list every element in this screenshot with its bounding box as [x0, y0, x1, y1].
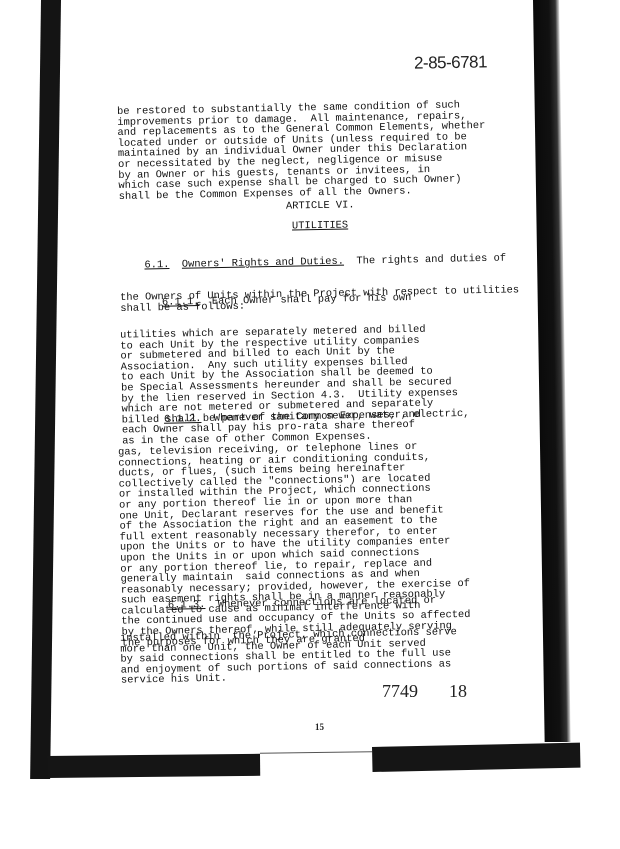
section-first-line: 6.1.3. Whenever connections are located …: [155, 595, 456, 611]
scan-border-left: [30, 0, 61, 779]
section-title: Owners' Rights and Duties.: [182, 256, 344, 271]
document-number: 2-85-6781: [414, 52, 487, 73]
article-title: UTILITIES: [292, 220, 348, 233]
section-first-line: 6.1.2. Whenever sanitary sewer, water, e…: [151, 409, 469, 426]
page-number: 15: [315, 722, 324, 732]
book-number: 7749: [382, 681, 418, 702]
book-page-number: 18: [449, 681, 467, 702]
scan-border-bottom-left: [47, 754, 260, 778]
section-6-1-3: 6.1.3. Whenever connections are located …: [155, 574, 458, 696]
scan-border-right: [533, 0, 571, 742]
section-first-line: 6.1.1. Each Owner shall pay for his own: [149, 292, 456, 308]
section-number: 6.1.2.: [164, 413, 202, 426]
article-heading: ARTICLE VI.: [286, 199, 355, 212]
scan-border-bottom-right: [372, 743, 580, 772]
section-number: 6.1.3.: [168, 599, 206, 612]
section-first-line: 6.1. Owners' Rights and Duties. The righ…: [119, 254, 518, 272]
intro-paragraph: be restored to substantially the same co…: [117, 100, 487, 202]
section-number: 6.1.1.: [162, 296, 200, 309]
section-number: 6.1.: [144, 259, 169, 271]
page-bottom-edge: [260, 751, 372, 754]
